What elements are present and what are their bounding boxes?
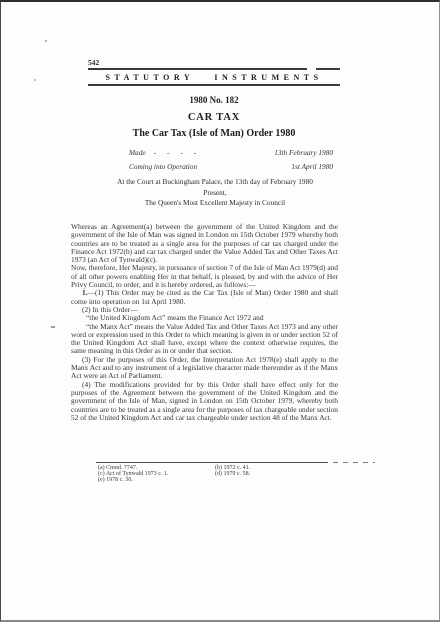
majesty-line: The Queen's Most Excellent Majesty in Co… bbox=[65, 199, 365, 207]
footnote-column-right: (b) 1972 c. 41. (d) 1979 c. 58. bbox=[215, 466, 250, 478]
scan-speck bbox=[45, 40, 47, 42]
instrument-number: 1980 No. 182 bbox=[88, 95, 340, 105]
header-rule-top bbox=[88, 68, 340, 70]
order-title: The Car Tax (Isle of Man) Order 1980 bbox=[88, 128, 340, 139]
series-title: STATUTORY INSTRUMENTS bbox=[88, 73, 340, 82]
metadata-value: 13th February 1980 bbox=[274, 148, 333, 157]
metadata-label: Coming into Operation bbox=[129, 162, 197, 171]
body-paragraph-whereas: Whereas an Agreement(a) between the gove… bbox=[71, 223, 338, 264]
body-paragraph-definition-manx-act: “the Manx Act” means the Value Added Tax… bbox=[71, 323, 338, 356]
preamble: At the Court at Buckingham Palace, the 1… bbox=[65, 178, 365, 207]
article-text: —(1) This Order may be cited as the Car … bbox=[71, 288, 338, 305]
header-rule-bottom bbox=[88, 84, 340, 86]
scan-speck bbox=[34, 79, 36, 81]
page-number: 542 bbox=[88, 58, 340, 67]
footnote-item: (d) 1979 c. 58. bbox=[215, 472, 250, 478]
footnote-separator bbox=[96, 462, 328, 463]
running-header: 542 STATUTORY INSTRUMENTS bbox=[88, 58, 340, 86]
metadata-list: Made - - - - 13th February 1980 Coming i… bbox=[129, 148, 333, 176]
metadata-value: 1st April 1980 bbox=[291, 162, 333, 171]
footnote-column-left: (a) Cmnd. 7747. (c) Act of Tynwald 1973 … bbox=[98, 466, 168, 484]
body-paragraph-3: (3) For the purposes of this Order, the … bbox=[71, 356, 338, 381]
body-paragraph-now-therefore: Now, therefore, Her Majesty, in pursuanc… bbox=[71, 264, 338, 289]
metadata-row-made: Made - - - - 13th February 1980 bbox=[129, 148, 333, 157]
subject-heading: CAR TAX bbox=[88, 112, 340, 123]
footnote-item: (e) 1978 c. 30. bbox=[98, 478, 168, 484]
metadata-label: Made bbox=[129, 148, 146, 157]
order-body: Whereas an Agreement(a) between the gove… bbox=[71, 223, 338, 422]
footnote-separator-dashes bbox=[333, 462, 375, 463]
metadata-row-coming-into-operation: Coming into Operation 1st April 1980 bbox=[129, 162, 333, 171]
court-line: At the Court at Buckingham Palace, the 1… bbox=[65, 178, 365, 186]
body-paragraph-4: (4) The modifications provided for by th… bbox=[71, 381, 338, 422]
present-line: Present, bbox=[65, 189, 365, 197]
body-paragraph-article-1: 1.—(1) This Order may be cited as the Ca… bbox=[71, 289, 338, 306]
metadata-fill: - - - - bbox=[146, 148, 275, 157]
scan-speck bbox=[51, 326, 55, 328]
document-page: 542 STATUTORY INSTRUMENTS 1980 No. 182 C… bbox=[0, 0, 440, 622]
scanned-sheet: 542 STATUTORY INSTRUMENTS 1980 No. 182 C… bbox=[1, 2, 439, 620]
